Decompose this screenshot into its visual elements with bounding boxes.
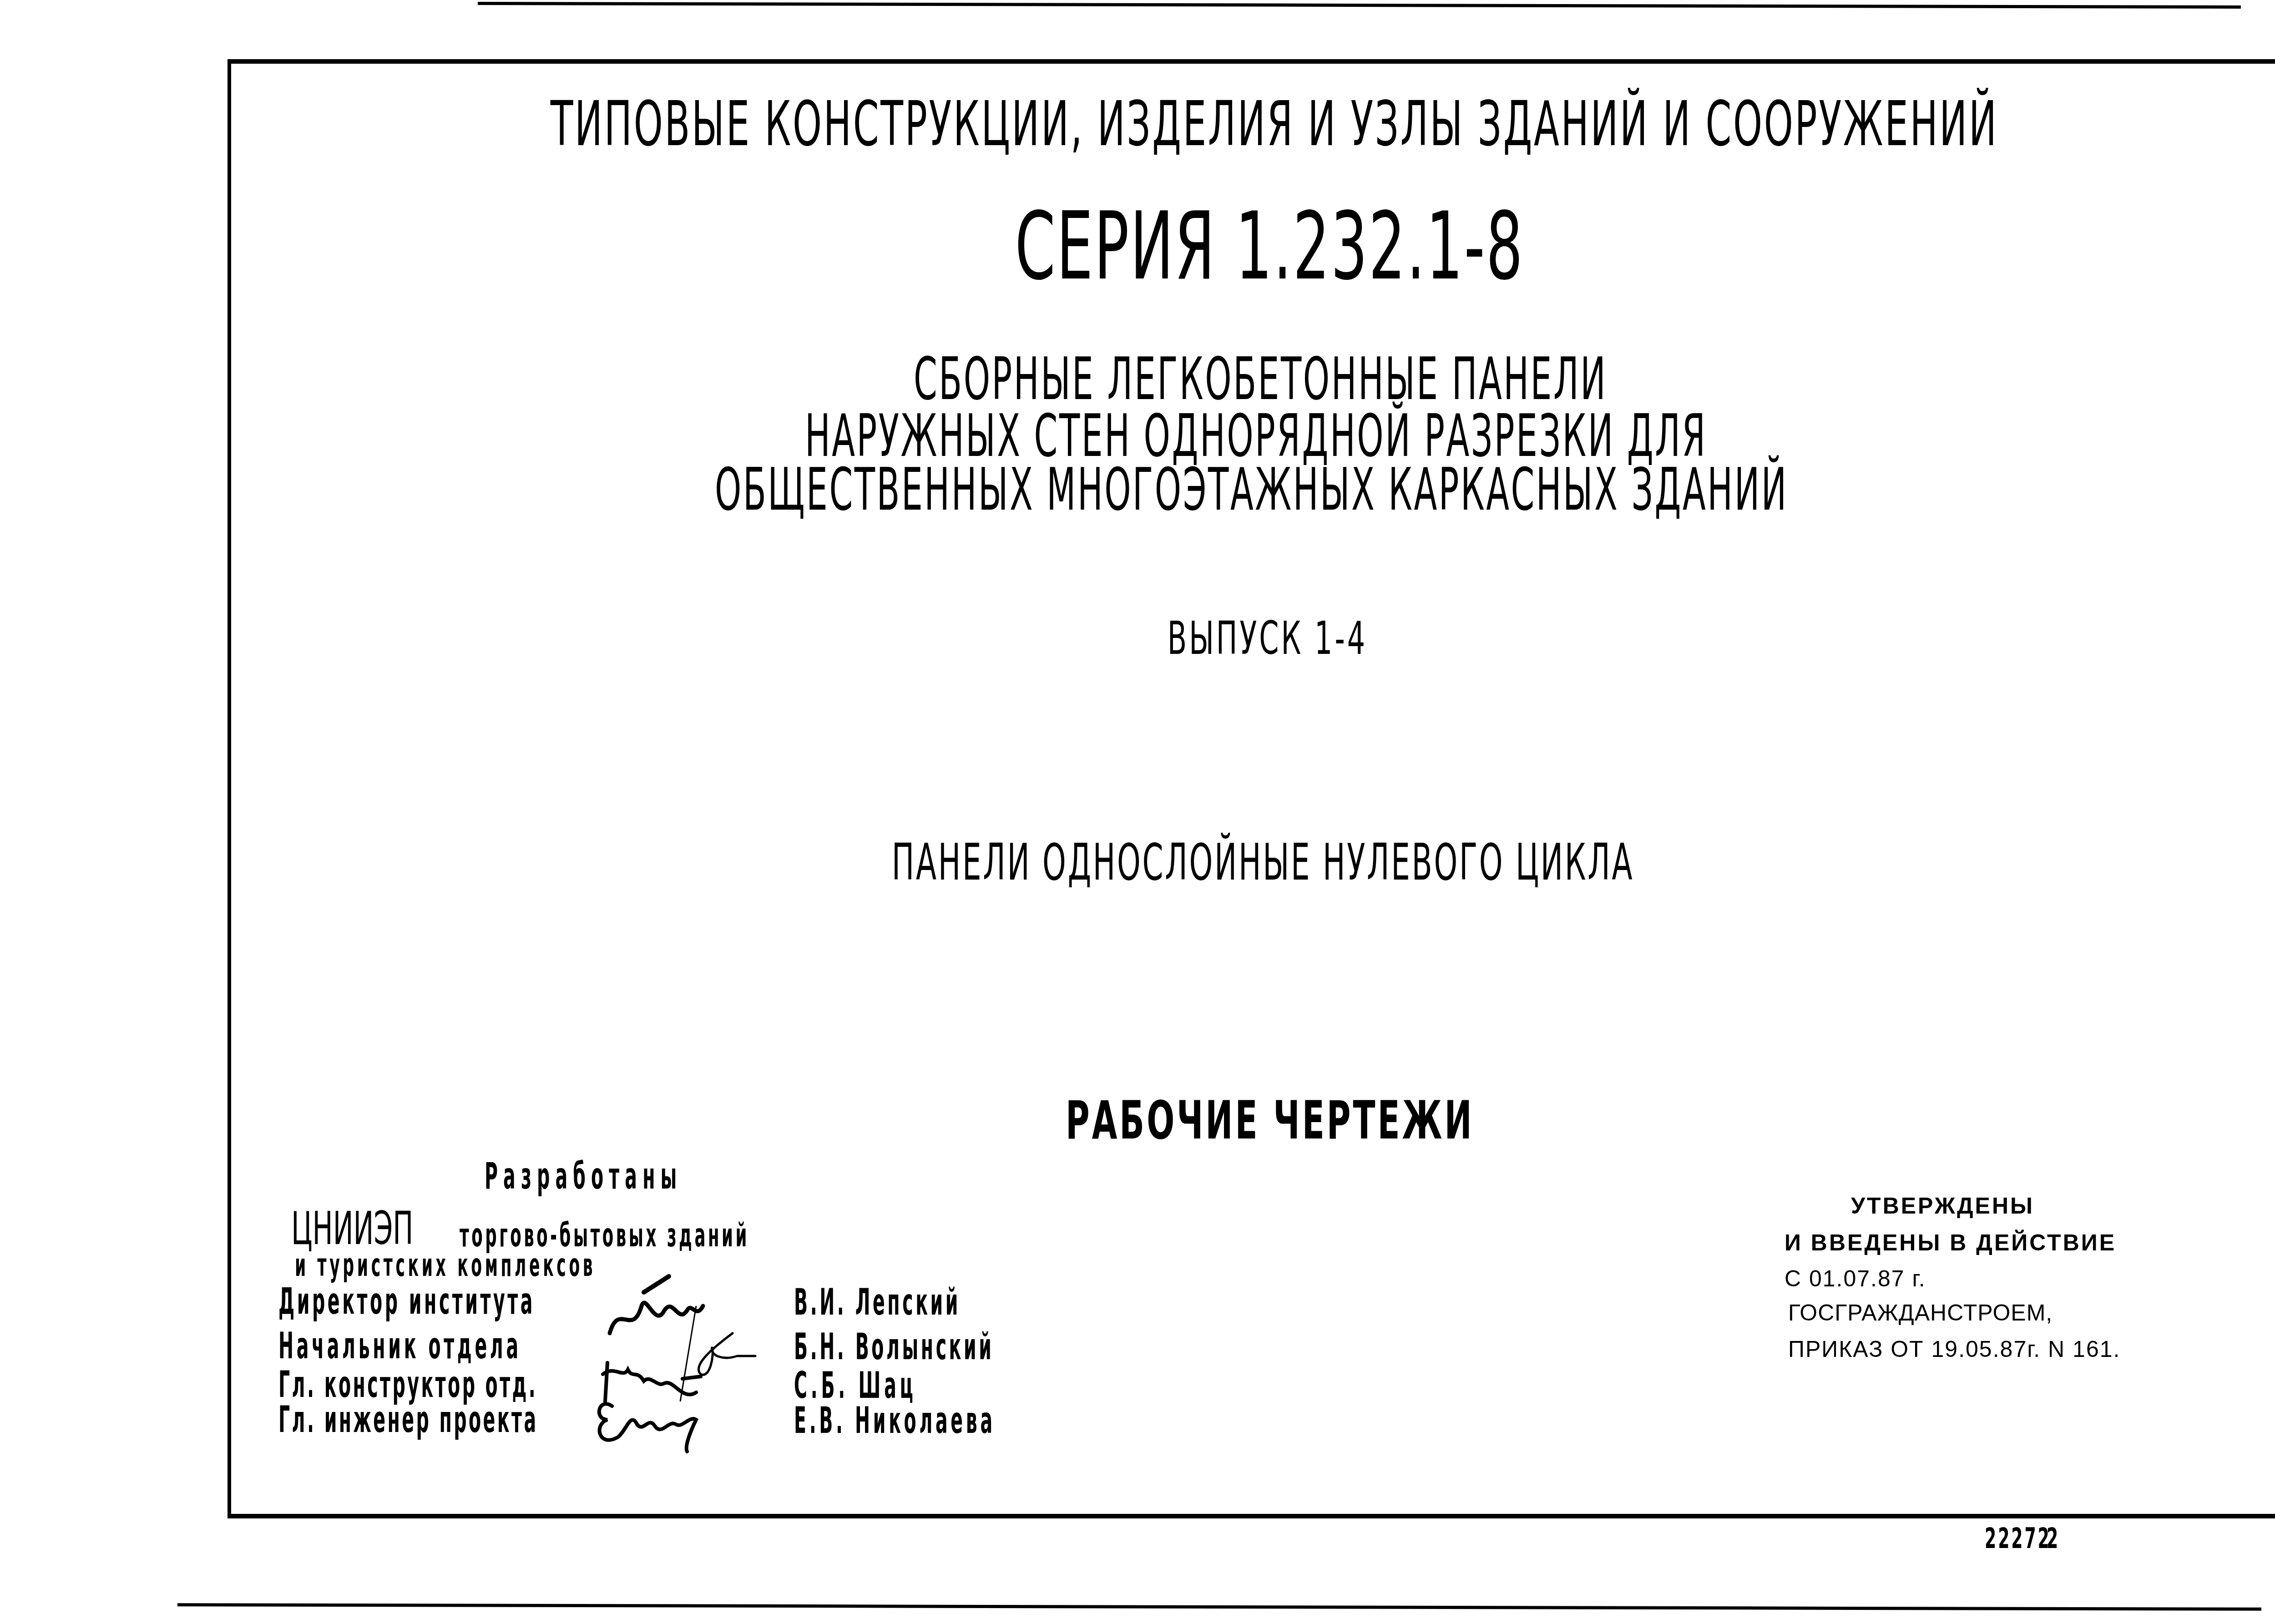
sheet-number-wrap: 2 [2047,1524,2064,1553]
inventory-number: 22272 [1985,1524,2051,1553]
signatory-name-0: В.И. Лепский [794,1284,1097,1320]
inventory-number-wrap: 22272 [1985,1524,2087,1553]
signature-icon [594,1392,739,1463]
sheet-number: 2 [2047,1524,2058,1553]
header-line-container: ТИПОВЫЕ КОНСТРУКЦИИ, ИЗДЕЛИЯ И УЗЛЫ ЗДАН… [0,93,2275,155]
subtitle-line-1: СБОРНЫЕ ЛЕГКОБЕТОННЫЕ ПАНЕЛИ [914,350,1607,409]
top-scan-edge-line [478,2,2241,9]
issue-title: ПАНЕЛИ ОДНОСЛОЙНЫЕ НУЛЕВОГО ЦИКЛА [892,837,1634,887]
developers-heading: Разработаны [485,1158,682,1194]
drawing-type-container: РАБОЧИЕ ЧЕРТЕЖИ [0,1094,2275,1147]
issue-number: ВЫПУСК 1-4 [1168,616,1368,661]
approval-line-2: С 01.07.87 г. [1785,1267,1926,1290]
subtitle-line-3: ОБЩЕСТВЕННЫХ МНОГОЭТАЖНЫХ КАРКАСНЫХ ЗДАН… [715,461,1788,519]
approval-line-0: УТВЕРЖДЕНЫ [1851,1194,2034,1217]
bottom-scan-edge-line [177,1603,2261,1611]
series-title: СЕРИЯ 1.232.1-8 [1015,200,1524,293]
subtitle-line-3-container: ОБЩЕСТВЕННЫХ МНОГОЭТАЖНЫХ КАРКАСНЫХ ЗДАН… [0,461,2275,519]
approval-line-1: И ВВЕДЕНЫ В ДЕЙСТВИЕ [1785,1231,2116,1254]
organization-line-2: и туристских комплексов [295,1249,596,1281]
drawing-type: РАБОЧИЕ ЧЕРТЕЖИ [1066,1094,1474,1147]
approval-line-4: ПРИКАЗ ОТ 19.05.87г. N 161. [1788,1338,2120,1361]
signatory-name-3: Е.В. Николаева [794,1402,1160,1439]
issue-container: ВЫПУСК 1-4 [0,616,2275,661]
header-line: ТИПОВЫЕ КОНСТРУКЦИИ, ИЗДЕЛИЯ И УЗЛЫ ЗДАН… [551,93,1998,155]
signatory-name-1: Б.Н. Волынский [794,1329,1158,1365]
series-container: СЕРИЯ 1.232.1-8 [0,200,2275,293]
signatory-name-2: С.Б. Шац [794,1367,1017,1404]
organization-abbr: ЦНИИЭП [291,1206,413,1251]
subtitle-line-1-container: СБОРНЫЕ ЛЕГКОБЕТОННЫЕ ПАНЕЛИ [0,350,2275,409]
issue-title-container: ПАНЕЛИ ОДНОСЛОЙНЫЕ НУЛЕВОГО ЦИКЛА [0,837,2275,887]
approval-line-3: ГОСГРАЖДАНСТРОЕМ, [1788,1301,2053,1324]
developers-heading-wrap: Разработаны [485,1158,844,1194]
